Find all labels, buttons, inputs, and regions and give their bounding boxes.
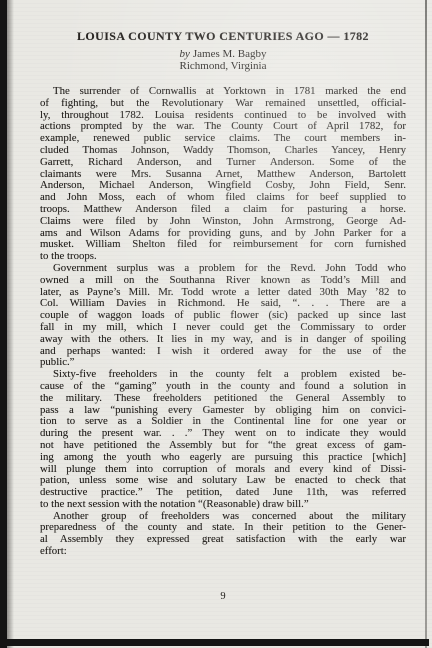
text-line: owned a mill on the Southanna River know… <box>40 275 406 287</box>
scan-edge-right <box>425 0 427 648</box>
byline-location: Richmond, Virginia <box>40 60 406 72</box>
text-line: troops. Matthew Anderson filed a claim f… <box>40 204 406 216</box>
article-body: The surrender of Cornwallis at Yorktown … <box>40 86 406 558</box>
paragraph: Another group of freeholders was concern… <box>40 511 406 558</box>
byline: byJames M. Bagby <box>40 48 406 60</box>
text-line: cluded Thomas Johnson, Waddy Thomson, Ch… <box>40 145 406 157</box>
text-line: and perhaps wanted: I wish it ordered aw… <box>40 346 406 358</box>
text-line: the military. These freeholders petition… <box>40 393 406 405</box>
text-line: away with the others. It lies in my way,… <box>40 334 406 346</box>
page-content: LOUISA COUNTY TWO CENTURIES AGO — 1782 b… <box>40 0 406 648</box>
text-line: al Assembly they expressed great satisfa… <box>40 534 406 546</box>
text-line: effort: <box>40 546 406 558</box>
page-number: 9 <box>40 591 406 602</box>
text-line: of fighting, but the Revolutionary War r… <box>40 98 406 110</box>
paragraph: The surrender of Cornwallis at Yorktown … <box>40 86 406 263</box>
text-line: Claims were filed by John Winston, John … <box>40 216 406 228</box>
text-line: ing among the youth who eagerly are purs… <box>40 452 406 464</box>
text-line: not have petitioned the Assembly but for… <box>40 440 406 452</box>
text-line: cause of the “gaming” youth in the count… <box>40 381 406 393</box>
text-line: to the next session with the notation “(… <box>40 499 406 511</box>
text-line: fall in my mill, which I never could get… <box>40 322 406 334</box>
paragraph: Sixty-five freeholders in the county fel… <box>40 369 406 511</box>
scan-edge-left-shadow <box>7 0 14 648</box>
paragraph: Government surplus was a problem for the… <box>40 263 406 369</box>
text-line: Garrett, Richard Anderson, and Turner An… <box>40 157 406 169</box>
scan-edge-left <box>0 0 7 648</box>
byline-author: James M. Bagby <box>193 48 267 60</box>
text-line: Government surplus was a problem for the… <box>40 263 406 275</box>
byline-prefix: by <box>179 48 189 60</box>
article-title: LOUISA COUNTY TWO CENTURIES AGO — 1782 <box>40 29 406 43</box>
